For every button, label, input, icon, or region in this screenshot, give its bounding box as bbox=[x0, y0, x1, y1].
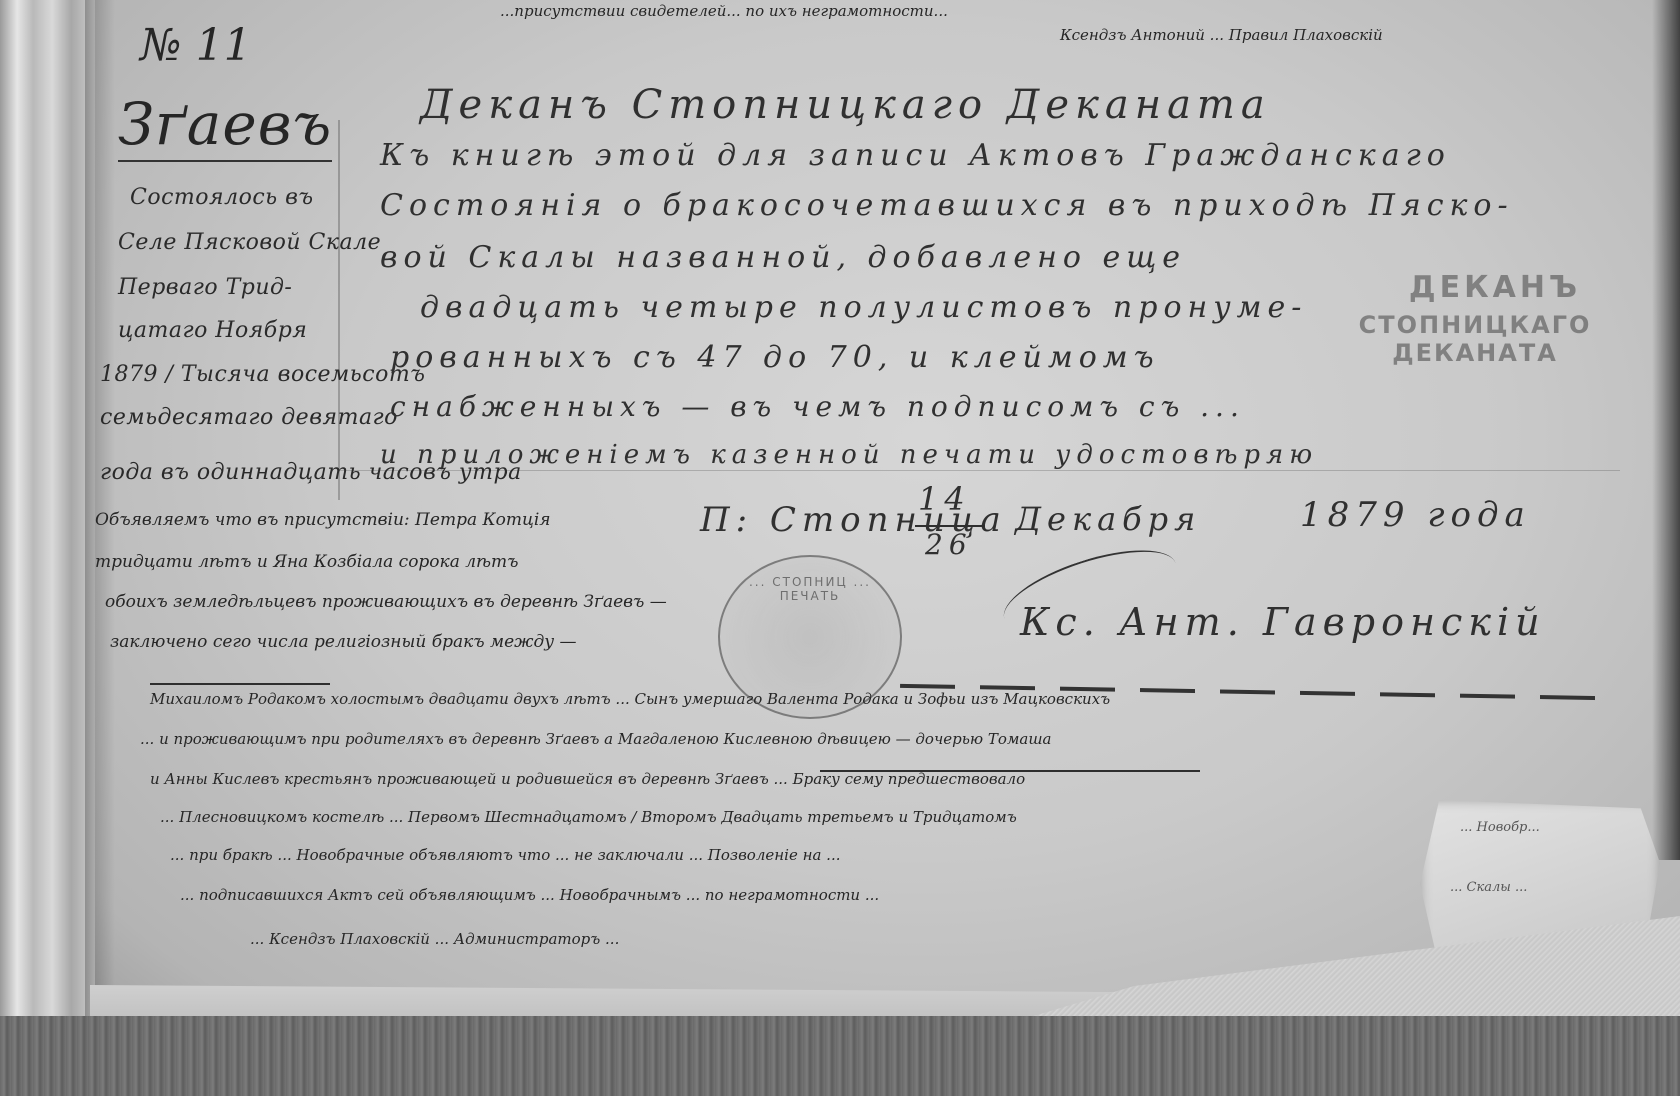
body-line: ... и проживающимъ при родителяхъ въ дер… bbox=[140, 730, 1051, 748]
dean-stamp: ДЕКАНЪ СТОПНИЦКАГО ДЕКАНАТА bbox=[1320, 270, 1630, 370]
top-fragment-line-1: ...присутствии свидетелей... по ихъ негр… bbox=[500, 2, 948, 20]
day-old-style: 14 bbox=[918, 480, 971, 518]
body-line: ... подписавшихся Актъ сей объявляющимъ … bbox=[180, 886, 879, 904]
stamp-line-1: ДЕКАНЪ bbox=[1360, 270, 1630, 305]
document-scan: ...присутствии свидетелей... по ихъ негр… bbox=[0, 0, 1680, 1096]
body-line: ... при бракѣ ... Новобрачные объявляютъ… bbox=[170, 846, 840, 864]
body-line: заключено сего числа религіозный бракъ м… bbox=[110, 632, 577, 652]
ruled-line bbox=[340, 470, 1620, 471]
margin-divider bbox=[338, 120, 340, 500]
book-spine bbox=[0, 0, 95, 1096]
certification-line: Къ книгѣ этой для записи Актовъ Гражданс… bbox=[380, 138, 1451, 173]
stamp-line-2: СТОПНИЦКАГО ДЕКАНАТА bbox=[1320, 311, 1630, 367]
groom-name-underline bbox=[150, 683, 330, 685]
margin-line: Селе Пясковой Скале bbox=[118, 230, 381, 255]
flap-line: ... Скалы ... bbox=[1450, 880, 1527, 895]
certification-line: вой Скалы названной, добавлено еще bbox=[380, 240, 1186, 275]
body-line: ... Ксендзъ Плаховскій ... Администратор… bbox=[250, 930, 619, 948]
month: Декабря bbox=[1015, 500, 1201, 538]
seal-text: ... СТОПНИЦ ... ПЕЧАТЬ bbox=[720, 575, 900, 603]
body-line: Объявляемъ что въ присутствіи: Петра Кот… bbox=[95, 510, 551, 530]
body-line: и Анны Кислевъ крестьянъ проживающей и р… bbox=[150, 770, 1025, 788]
top-fragment-line-2: Ксендзъ Антоний ... Правил Плаховскій bbox=[1060, 26, 1383, 44]
deanery-heading: Деканъ Стопницкаго Деканата bbox=[420, 82, 1271, 128]
wooden-surface bbox=[0, 1016, 1680, 1096]
certification-line: двадцать четыре полулистовъ пронуме- bbox=[420, 290, 1307, 325]
certification-line: снабженныхъ — въ чемъ подписомъ съ ... bbox=[390, 390, 1245, 423]
margin-line: Перваго Трид- bbox=[118, 275, 292, 300]
spine-shadow bbox=[85, 0, 115, 1096]
body-line: ... Плесновицкомъ костелѣ ... Первомъ Ше… bbox=[160, 808, 1017, 826]
dean-signature: Кс. Ант. Гавронскій bbox=[1020, 600, 1546, 644]
body-line: тридцати лѣтъ и Яна Козбіала сорока лѣтъ bbox=[95, 552, 519, 572]
certification-line: рованныхъ съ 47 до 70, и клеймомъ bbox=[390, 340, 1160, 375]
page-edge-shadow bbox=[1652, 0, 1680, 860]
body-line: обоихъ земледѣльцевъ проживающихъ въ дер… bbox=[105, 592, 667, 612]
margin-line: семьдесятаго девятаго bbox=[100, 405, 398, 430]
flap-line: ... Новобр... bbox=[1460, 820, 1540, 835]
margin-line: цатаго Ноября bbox=[118, 318, 307, 343]
record-number: № 11 bbox=[140, 20, 252, 71]
certification-line: и приложеніемъ казенной печати удостовѣр… bbox=[380, 440, 1318, 470]
margin-line: 1879 / Тысяча восемьсотъ bbox=[100, 362, 425, 387]
date-fraction-bar bbox=[915, 525, 985, 527]
village-surname-heading: Зґаевъ bbox=[118, 90, 332, 162]
body-line-groom: Михаиломъ Родакомъ холостымъ двадцати дв… bbox=[150, 690, 1110, 708]
certification-line: Состоянія о бракосочетавшихся въ приходѣ… bbox=[380, 188, 1514, 223]
day-new-style: 26 bbox=[925, 528, 973, 561]
year: 1879 года bbox=[1300, 495, 1531, 535]
margin-line: Состоялось въ bbox=[130, 185, 314, 210]
